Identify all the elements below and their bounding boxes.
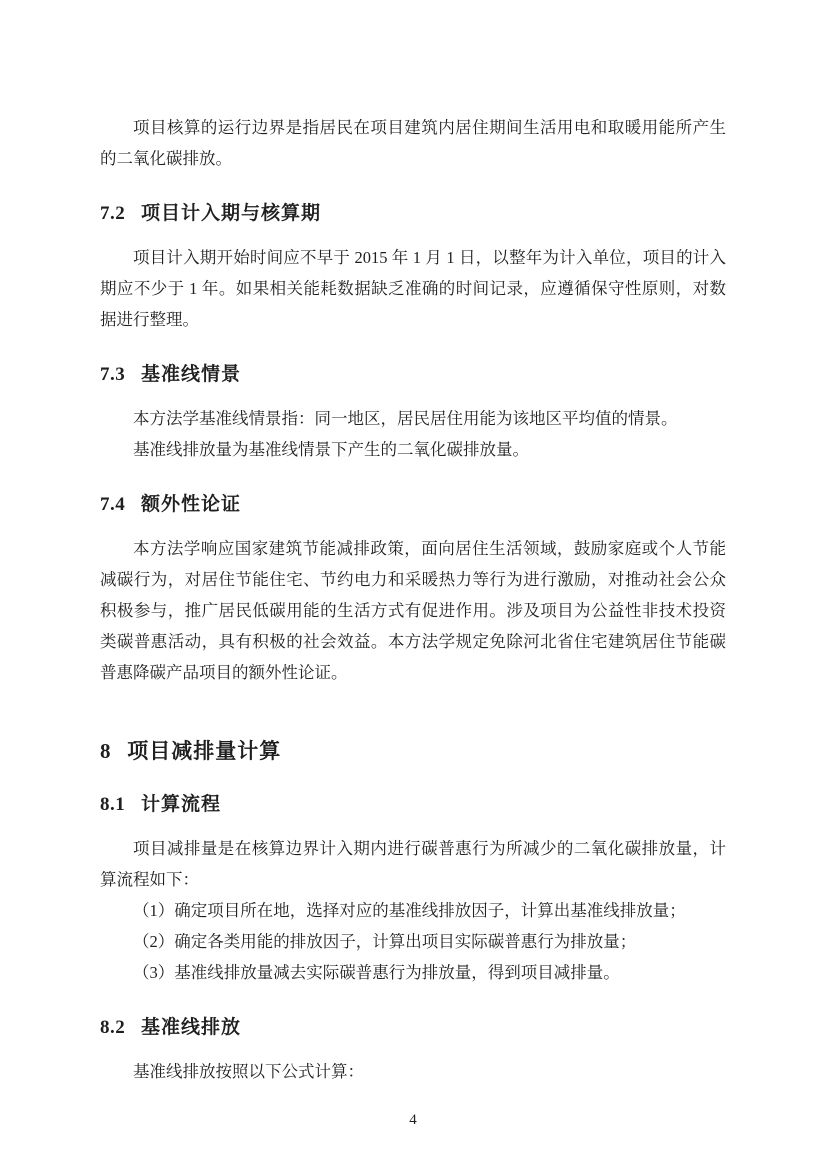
paragraph-crediting-period: 项目计入期开始时间应不早于 2015 年 1 月 1 日，以整年为计入单位，项目… bbox=[100, 242, 726, 335]
section-number: 7.2 bbox=[100, 203, 125, 224]
section-title: 额外性论证 bbox=[141, 494, 241, 515]
paragraph-calculation-flow: 项目减排量是在核算边界计入期内进行碳普惠行为所减少的二氧化碳排放量，计算流程如下… bbox=[100, 833, 726, 895]
section-number: 7.4 bbox=[100, 494, 125, 515]
section-title: 计算流程 bbox=[141, 794, 221, 815]
section-heading-7-4: 7.4 额外性论证 bbox=[100, 491, 726, 519]
page-footer: 4 bbox=[100, 1110, 726, 1130]
section-number: 8.1 bbox=[100, 794, 125, 815]
section-heading-8-1: 8.1 计算流程 bbox=[100, 791, 726, 819]
calculation-steps-list: （1）确定项目所在地，选择对应的基准线排放因子，计算出基准线排放量； （2）确定… bbox=[100, 895, 726, 988]
page-number: 4 bbox=[409, 1112, 417, 1128]
section-title: 基准线排放 bbox=[141, 1017, 241, 1038]
paragraph-baseline-scenario-2: 基准线排放量为基准线情景下产生的二氧化碳排放量。 bbox=[100, 434, 726, 465]
chapter-number: 8 bbox=[100, 739, 111, 763]
document-page: 项目核算的运行边界是指居民在项目建筑内居住期间生活用电和取暖用能所产生的二氧化碳… bbox=[0, 0, 826, 1169]
paragraph-baseline-emission: 基准线排放按照以下公式计算： bbox=[100, 1056, 726, 1087]
paragraph-additionality: 本方法学响应国家建筑节能减排政策，面向居住生活领域，鼓励家庭或个人节能减碳行为，… bbox=[100, 533, 726, 688]
list-item-step-2: （2）确定各类用能的排放因子，计算出项目实际碳普惠行为排放量； bbox=[100, 926, 726, 957]
chapter-title: 项目减排量计算 bbox=[127, 740, 281, 763]
section-title: 项目计入期与核算期 bbox=[141, 203, 321, 224]
list-item-step-3: （3）基准线排放量减去实际碳普惠行为排放量，得到项目减排量。 bbox=[100, 957, 726, 988]
section-number: 7.3 bbox=[100, 364, 125, 385]
paragraph-operational-boundary: 项目核算的运行边界是指居民在项目建筑内居住期间生活用电和取暖用能所产生的二氧化碳… bbox=[100, 112, 726, 174]
chapter-heading-8: 8 项目减排量计算 bbox=[100, 736, 726, 767]
section-heading-7-2: 7.2 项目计入期与核算期 bbox=[100, 200, 726, 228]
section-title: 基准线情景 bbox=[141, 364, 241, 385]
section-heading-7-3: 7.3 基准线情景 bbox=[100, 361, 726, 389]
section-heading-8-2: 8.2 基准线排放 bbox=[100, 1014, 726, 1042]
section-number: 8.2 bbox=[100, 1017, 125, 1038]
list-item-step-1: （1）确定项目所在地，选择对应的基准线排放因子，计算出基准线排放量； bbox=[100, 895, 726, 926]
paragraph-baseline-scenario-1: 本方法学基准线情景指：同一地区，居民居住用能为该地区平均值的情景。 bbox=[100, 403, 726, 434]
